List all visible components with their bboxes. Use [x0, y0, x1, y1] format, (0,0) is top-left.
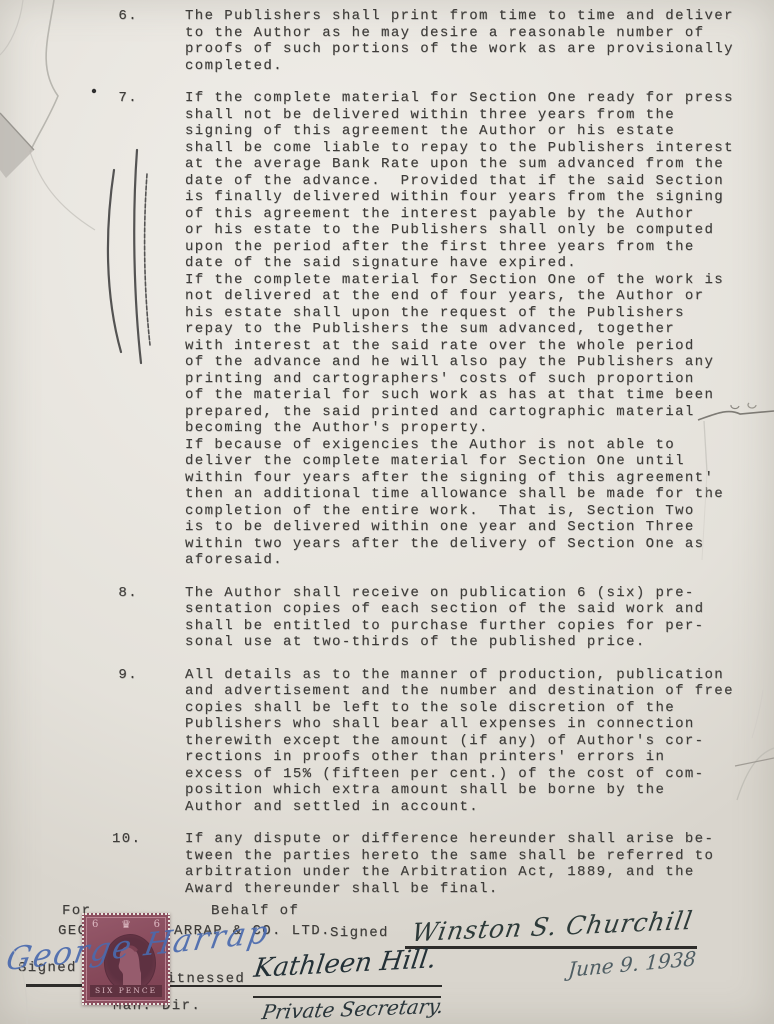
clause-number: 7.: [112, 90, 138, 569]
clause-number: 10.: [112, 831, 138, 897]
witness-signature-underline: [150, 985, 442, 987]
clause-6: 6. The Publishers shall print from time …: [112, 8, 734, 74]
clause-body: If the complete material for Section One…: [185, 90, 734, 569]
clause-7: 7. If the complete material for Section …: [112, 90, 734, 569]
clause-body: The Publishers shall print from time to …: [185, 8, 734, 74]
clause-body: The Author shall receive on publication …: [185, 585, 704, 651]
paper-crease-top-left: [0, 0, 95, 230]
clause-8: 8. The Author shall receive on publicati…: [112, 585, 734, 651]
stamp-value-label: SIX PENCE: [90, 985, 162, 997]
paper-crease-right: [735, 690, 774, 800]
ink-dot: [92, 89, 96, 93]
signed-label-author: Signed: [330, 925, 389, 942]
date-annotation: June 9. 1938: [567, 946, 697, 981]
clause-10: 10. If any dispute or difference hereund…: [112, 831, 734, 897]
clause-list: 6. The Publishers shall print from time …: [112, 8, 734, 913]
stamp-denomination-left: 6: [92, 919, 98, 930]
clause-number: 9.: [112, 667, 138, 816]
witness-title: Private Secretary.: [260, 994, 445, 1024]
document-page: 6. The Publishers shall print from time …: [0, 0, 774, 1024]
clause-body: If any dispute or difference hereunder s…: [185, 831, 714, 897]
clause-number: 6.: [112, 8, 138, 74]
clause-number: 8.: [112, 585, 138, 651]
witness-signature: Kathleen Hill.: [252, 944, 438, 984]
author-signature-underline: [405, 946, 697, 949]
clause-9: 9. All details as to the manner of produ…: [112, 667, 734, 816]
clause-body: All details as to the manner of producti…: [185, 667, 734, 816]
